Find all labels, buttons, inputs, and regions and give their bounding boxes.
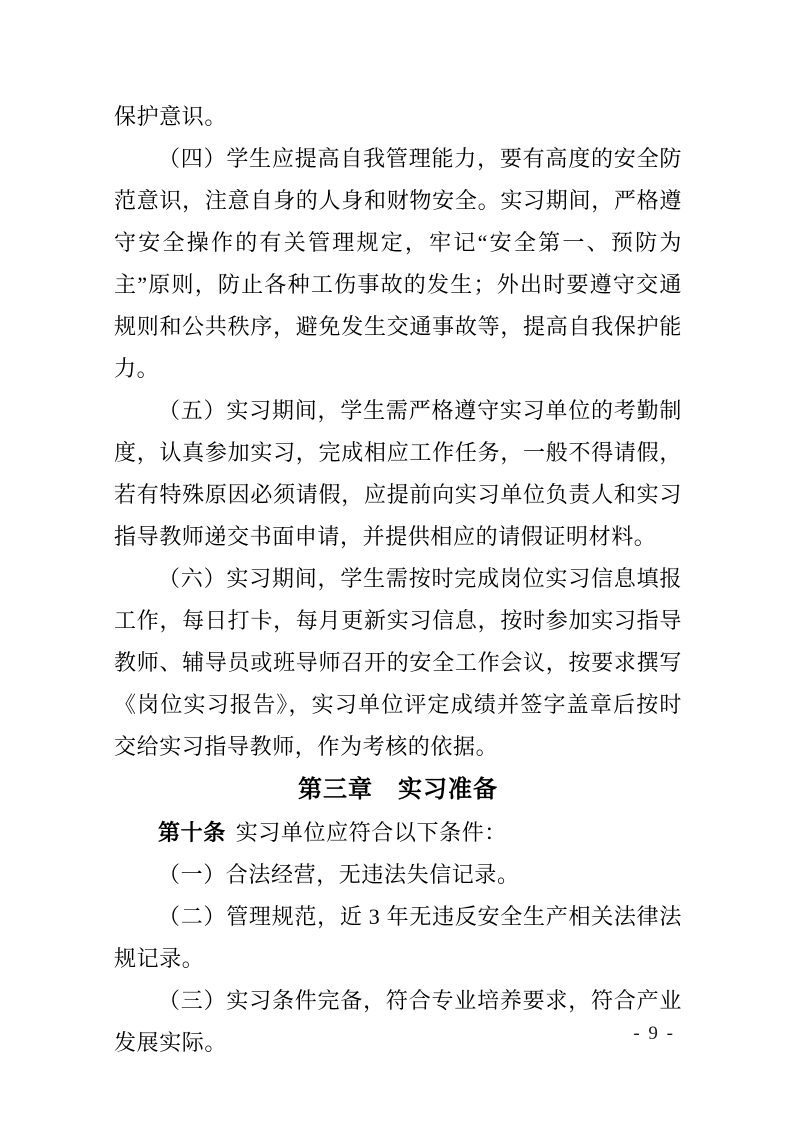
page-number: - 9 - — [633, 1023, 675, 1045]
chapter-heading: 第三章 实习准备 — [114, 768, 682, 812]
paragraph-item-4: （四）学生应提高自我管理能力，要有高度的安全防范意识，注意自身的人身和财物安全。… — [114, 138, 682, 390]
condition-item-2: （二）管理规范，近 3 年无违反安全生产相关法律法规记录。 — [114, 896, 682, 980]
article-number: 第十条 — [158, 820, 226, 845]
page-content: 保护意识。 （四）学生应提高自我管理能力，要有高度的安全防范意识，注意自身的人身… — [114, 96, 682, 1064]
paragraph-item-5: （五）实习期间，学生需严格遵守实习单位的考勤制度，认真参加实习，完成相应工作任务… — [114, 390, 682, 558]
paragraph-article-10: 第十条实习单位应符合以下条件： — [114, 812, 682, 854]
document-page: 保护意识。 （四）学生应提高自我管理能力，要有高度的安全防范意识，注意自身的人身… — [0, 0, 793, 1122]
condition-item-3: （三）实习条件完备，符合专业培养要求，符合产业发展实际。 — [114, 980, 682, 1064]
condition-item-1: （一）合法经营，无违法失信记录。 — [114, 854, 682, 896]
article-text: 实习单位应符合以下条件： — [236, 820, 507, 845]
paragraph-continuation: 保护意识。 — [114, 96, 682, 138]
paragraph-item-6: （六）实习期间，学生需按时完成岗位实习信息填报工作，每日打卡，每月更新实习信息，… — [114, 558, 682, 768]
